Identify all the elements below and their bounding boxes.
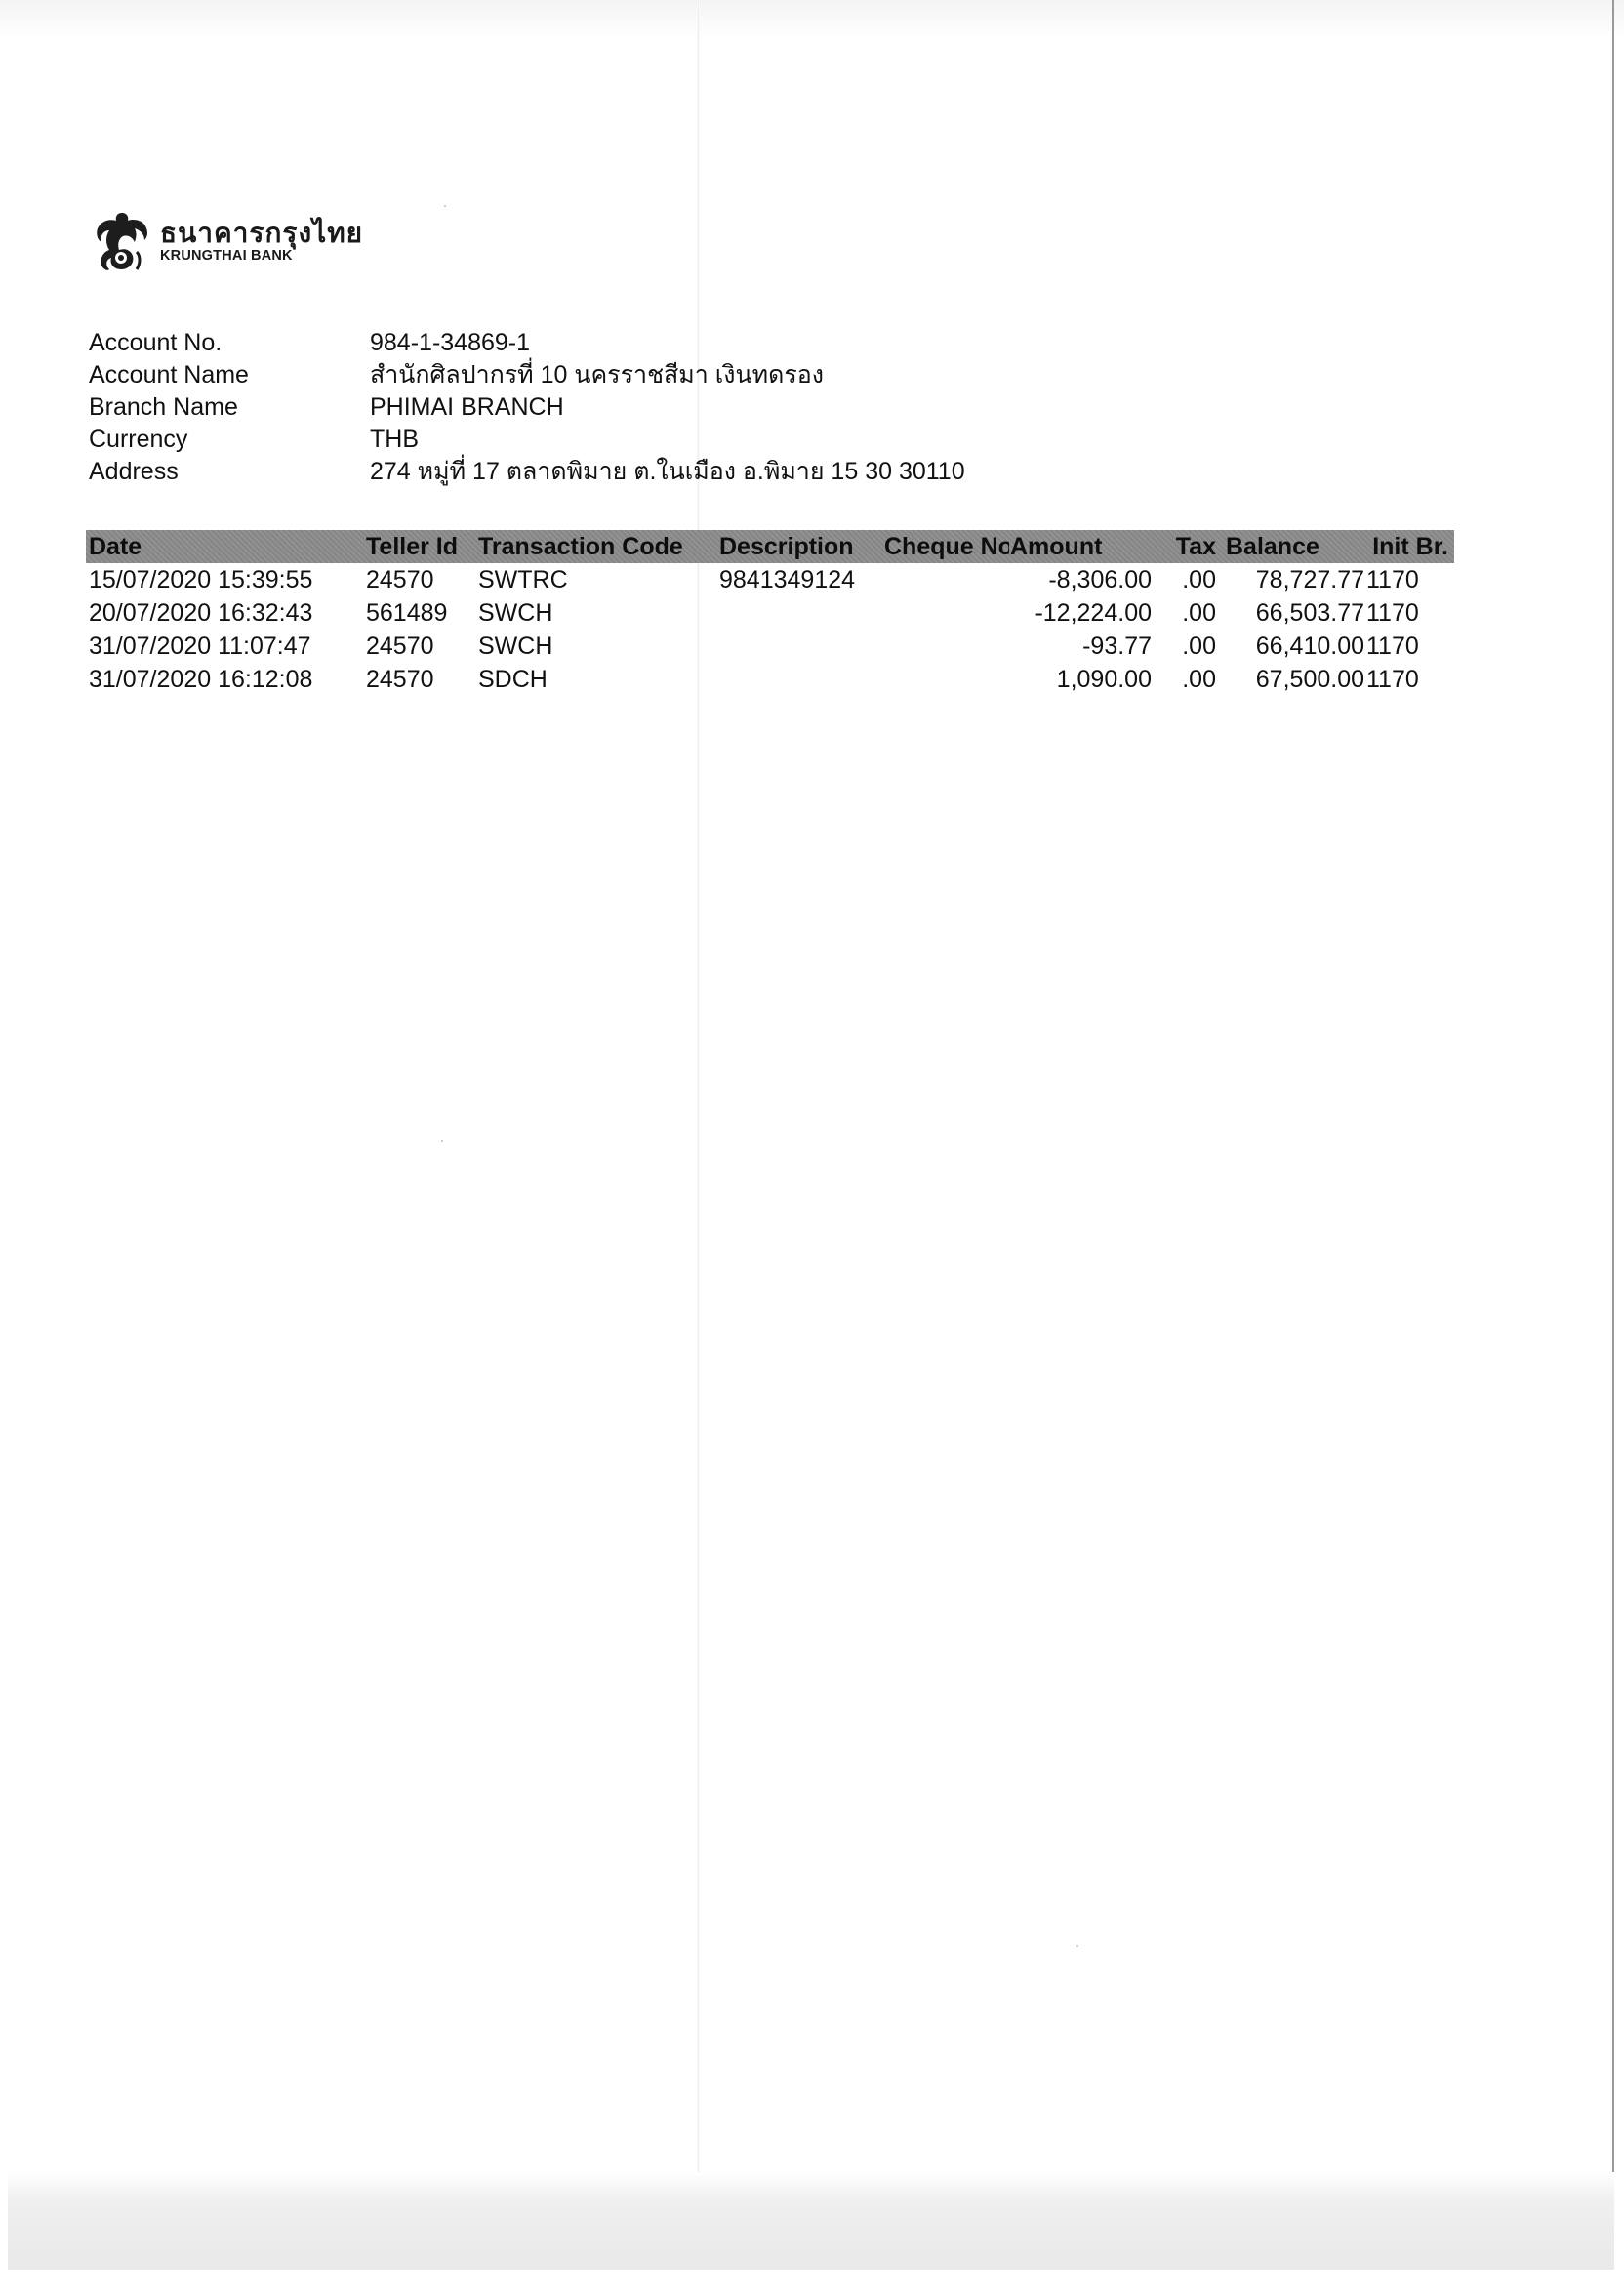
transaction-table: Date Teller Id Transaction Code Descript… (86, 530, 1454, 696)
cell-amount: -8,306.00 (1048, 563, 1152, 596)
scan-shadow-top (0, 0, 1624, 39)
cell-date: 31/07/2020 16:12:08 (89, 663, 312, 696)
cell-teller-id: 24570 (366, 563, 434, 596)
scan-shadow-bottom (8, 2172, 1614, 2270)
cell-date: 20/07/2020 16:32:43 (89, 596, 312, 630)
branch-name-row: Branch Name PHIMAI BRANCH (89, 391, 965, 424)
cell-balance: 67,500.00 (1256, 663, 1364, 696)
cell-date: 31/07/2020 11:07:47 (89, 630, 311, 663)
scan-speck (444, 205, 446, 207)
column-header-date: Date (89, 530, 142, 563)
currency-row: Currency THB (89, 424, 965, 456)
cell-transaction-code: SWTRC (478, 563, 568, 596)
account-number-row: Account No. 984-1-34869-1 (89, 327, 965, 359)
scan-margin-bottom (0, 2270, 1624, 2290)
cell-init-branch: 1170 (1366, 630, 1419, 663)
cell-transaction-code: SWCH (478, 596, 552, 630)
cell-date: 15/07/2020 15:39:55 (89, 563, 312, 596)
address-value: 274 หมู่ที่ 17 ตลาดพิมาย ต.ในเมือง อ.พิม… (370, 456, 965, 488)
address-row: Address 274 หมู่ที่ 17 ตลาดพิมาย ต.ในเมื… (89, 456, 965, 488)
table-row: 20/07/2020 16:32:43 561489 SWCH -12,224.… (86, 596, 1454, 630)
cell-teller-id: 24570 (366, 630, 434, 663)
table-row: 31/07/2020 11:07:47 24570 SWCH -93.77 .0… (86, 630, 1454, 663)
table-row: 31/07/2020 16:12:08 24570 SDCH 1,090.00 … (86, 663, 1454, 696)
page-edge (1612, 0, 1614, 2274)
cell-init-branch: 1170 (1366, 663, 1419, 696)
bank-logo: ธนาคารกรุงไทย KRUNGTHAI BANK (94, 209, 363, 273)
account-number-label: Account No. (89, 327, 370, 359)
cell-transaction-code: SDCH (478, 663, 548, 696)
account-number-value: 984-1-34869-1 (370, 327, 530, 359)
cell-init-branch: 1170 (1366, 563, 1419, 596)
scan-speck (1076, 1945, 1078, 1947)
address-label: Address (89, 456, 370, 488)
column-header-init-branch: Init Br. (1372, 530, 1448, 563)
cell-balance: 78,727.77 (1256, 563, 1364, 596)
cell-balance: 66,410.00 (1256, 630, 1364, 663)
cell-transaction-code: SWCH (478, 630, 552, 663)
column-header-teller-id: Teller Id (366, 530, 458, 563)
account-name-value: สำนักศิลปากรที่ 10 นครราชสีมา เงินทดรอง (370, 359, 824, 391)
bank-name-thai: ธนาคารกรุงไทย (160, 219, 363, 248)
currency-label: Currency (89, 424, 370, 456)
cell-amount: 1,090.00 (1057, 663, 1152, 696)
cell-amount: -12,224.00 (1035, 596, 1152, 630)
cell-teller-id: 561489 (366, 596, 447, 630)
cell-amount: -93.77 (1082, 630, 1152, 663)
column-header-balance: Balance (1226, 530, 1319, 563)
account-info: Account No. 984-1-34869-1 Account Name ส… (89, 327, 965, 488)
column-header-description: Description (719, 530, 854, 563)
cell-tax: .00 (1182, 563, 1216, 596)
column-header-tax: Tax (1176, 530, 1216, 563)
cell-teller-id: 24570 (366, 663, 434, 696)
cell-tax: .00 (1182, 596, 1216, 630)
cell-tax: .00 (1182, 630, 1216, 663)
table-header: Date Teller Id Transaction Code Descript… (86, 530, 1454, 563)
branch-name-value: PHIMAI BRANCH (370, 391, 564, 424)
scan-speck (441, 1140, 443, 1142)
account-name-label: Account Name (89, 359, 370, 391)
cell-init-branch: 1170 (1366, 596, 1419, 630)
branch-name-label: Branch Name (89, 391, 370, 424)
column-header-transaction-code: Transaction Code (478, 530, 683, 563)
cell-balance: 66,503.77 (1256, 596, 1364, 630)
currency-value: THB (370, 424, 419, 456)
column-header-cheque-no: Cheque No (884, 530, 1009, 563)
bank-name-english: KRUNGTHAI BANK (160, 248, 363, 264)
column-header-amount: Amount (1010, 530, 1102, 563)
table-row: 15/07/2020 15:39:55 24570 SWTRC 98413491… (86, 563, 1454, 596)
cell-description: 9841349124 (719, 563, 855, 596)
cell-tax: .00 (1182, 663, 1216, 696)
account-name-row: Account Name สำนักศิลปากรที่ 10 นครราชสี… (89, 359, 965, 391)
garuda-bird-icon (94, 209, 150, 273)
